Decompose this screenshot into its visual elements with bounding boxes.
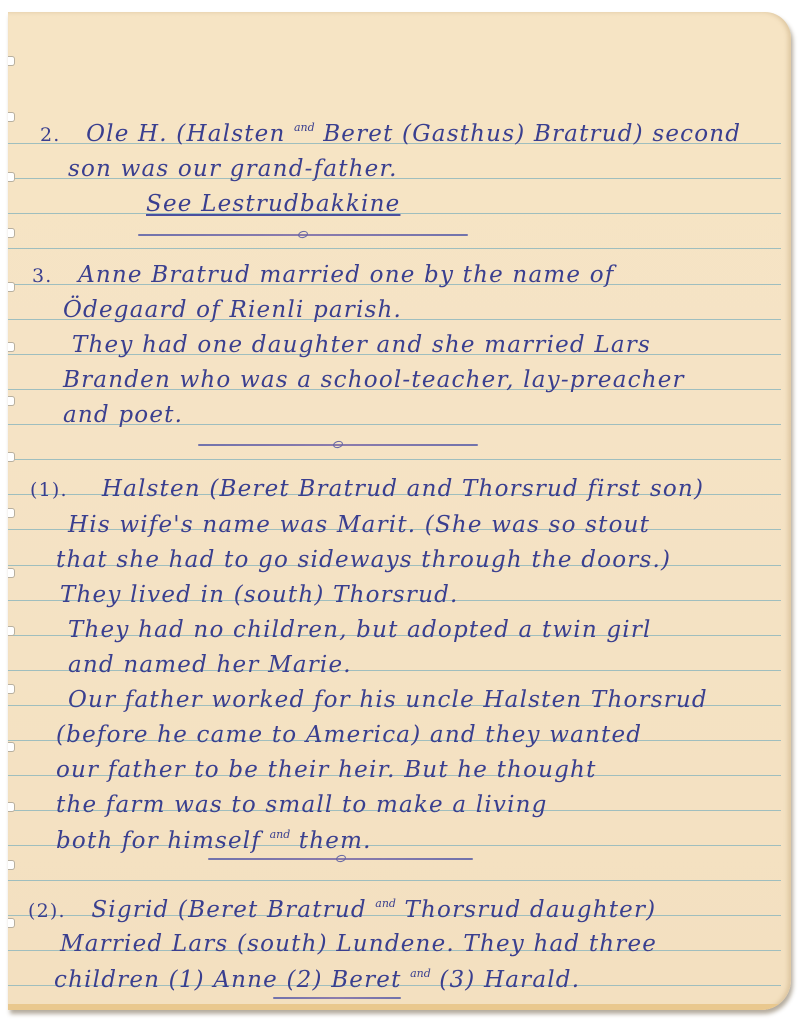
entry-text: them. <box>299 828 372 854</box>
entry-line: They had one daughter and she married La… <box>72 334 651 357</box>
entry-line: 2. Ole H. (Halsten and Beret (Gasthus) B… <box>40 122 741 146</box>
section-divider <box>198 444 478 446</box>
binding-hole <box>8 112 15 122</box>
binding-hole <box>8 918 15 928</box>
entry-text: Anne Bratrud married one by the name of <box>78 262 614 288</box>
binding-hole <box>8 282 15 292</box>
entry-text: Ole H. (Halsten <box>86 121 285 147</box>
entry-line: and poet. <box>63 404 183 427</box>
entry-marker: 2. <box>40 124 61 146</box>
binding-hole <box>8 342 15 352</box>
entry-text: (3) Harald. <box>439 967 580 993</box>
entry-marker: (1). <box>30 479 68 501</box>
binding-hole <box>8 508 15 518</box>
entry-line: Married Lars (south) Lundene. They had t… <box>60 933 657 956</box>
entry-line: They had no children, but adopted a twin… <box>68 619 652 642</box>
binding-hole <box>8 742 15 752</box>
entry-line: Our father worked for his uncle Halsten … <box>68 689 708 712</box>
entry-line: that she had to go sideways through the … <box>56 549 671 572</box>
ruled-line <box>8 880 781 881</box>
and-abbreviation: and <box>294 121 315 134</box>
entry-line: Ödegaard of Rienli parish. <box>63 299 402 322</box>
entry-line: our father to be their heir. But he thou… <box>56 759 597 782</box>
binding-hole <box>8 802 15 812</box>
entry-marker: 3. <box>32 265 53 287</box>
entry-line: the farm was to small to make a living <box>56 794 548 817</box>
section-divider <box>208 858 473 860</box>
binding-hole <box>8 860 15 870</box>
entry-text: Sigrid (Beret Bratrud <box>91 897 366 923</box>
entry-line: Branden who was a school-teacher, lay-pr… <box>63 369 685 392</box>
entry-line: and named her Marie. <box>68 654 352 677</box>
entry-text: both for himself <box>56 828 261 854</box>
section-divider <box>273 997 401 999</box>
binding-hole <box>8 684 15 694</box>
and-abbreviation: and <box>270 828 291 841</box>
entry-line: children (1) Anne (2) Beret and (3) Hara… <box>54 968 580 992</box>
and-abbreviation: and <box>375 897 396 910</box>
binding-hole <box>8 452 15 462</box>
entry-line: both for himself and them. <box>56 829 372 853</box>
entry-line: They lived in (south) Thorsrud. <box>60 584 459 607</box>
binding-hole <box>8 228 15 238</box>
entry-marker: (2). <box>28 900 66 922</box>
notebook-page: 2. Ole H. (Halsten and Beret (Gasthus) B… <box>8 12 791 1010</box>
and-abbreviation: and <box>410 967 431 980</box>
binding-hole <box>8 172 15 182</box>
binding-hole <box>8 56 15 66</box>
entry-line: His wife's name was Marit. (She was so s… <box>68 514 650 537</box>
binding-hole <box>8 396 15 406</box>
section-divider <box>138 234 468 236</box>
entry-text: Beret (Gasthus) Bratrud) second <box>323 121 741 147</box>
entry-line: (2). Sigrid (Beret Bratrud and Thorsrud … <box>28 898 656 922</box>
see-reference: See Lestrudbakkine <box>146 193 400 216</box>
ruled-line <box>8 248 781 249</box>
entry-line: 3. Anne Bratrud married one by the name … <box>32 264 614 287</box>
entry-line: (before he came to America) and they wan… <box>56 724 642 747</box>
entry-line: son was our grand-father. <box>68 158 398 181</box>
entry-text: Halsten (Beret Bratrud and Thorsrud firs… <box>102 476 704 502</box>
entry-line: (1). Halsten (Beret Bratrud and Thorsrud… <box>30 478 704 501</box>
binding-hole <box>8 626 15 636</box>
binding-hole <box>8 568 15 578</box>
entry-text: children (1) Anne (2) Beret <box>54 967 402 993</box>
ruled-line <box>8 459 781 460</box>
entry-text: Thorsrud daughter) <box>404 897 656 923</box>
